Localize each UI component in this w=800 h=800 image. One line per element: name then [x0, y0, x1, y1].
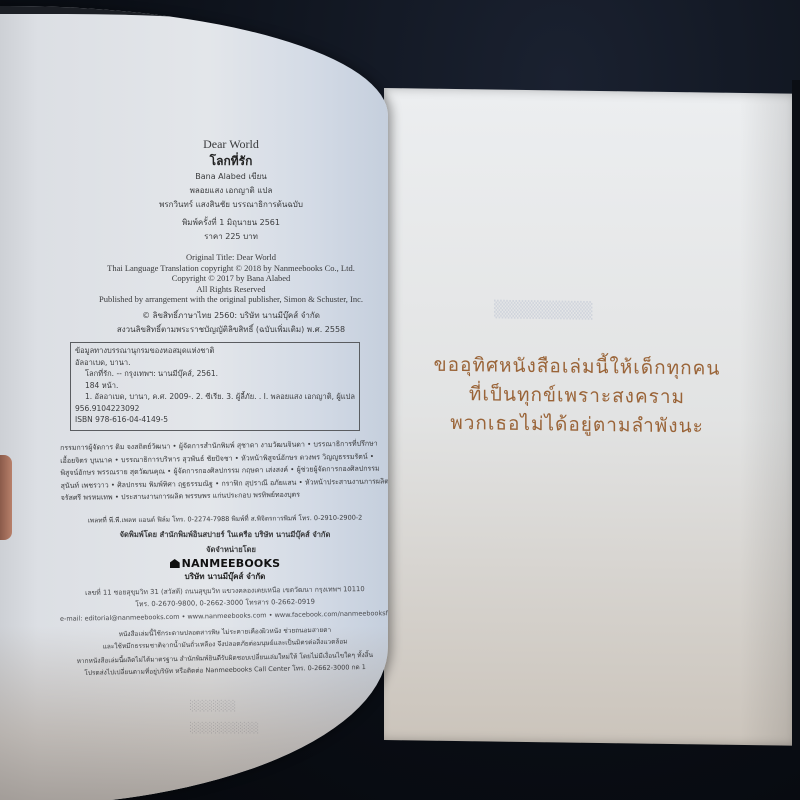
credit-author: Bana Alabed เขียน [66, 170, 388, 184]
arrangement-note: Published by arrangement with the origin… [66, 294, 388, 305]
thai-rights-act: สงวนลิขสิทธิ์ตามพระราชบัญญัติลิขสิทธิ์ (… [66, 323, 388, 337]
left-page-copyright: Dear World โลกที่รัก Bana Alabed เขียน พ… [0, 6, 388, 800]
credit-editor: พรกวินทร์ แสงสินชัย บรรณาธิการต้นฉบับ [66, 198, 388, 212]
right-page-dedication: ▒▒▒▒▒▒▒▒ ขออุทิศหนังสือเล่มนี้ให้เด็กทุก… [384, 88, 800, 746]
book-title-thai: โลกที่รัก [66, 152, 388, 171]
nanmeebooks-logo-icon [170, 559, 180, 568]
print-info: พิมพ์ครั้งที่ 1 มิถุนายน 2561 ราคา 225 บ… [66, 216, 388, 244]
edition: พิมพ์ครั้งที่ 1 มิถุนายน 2561 [66, 216, 388, 230]
show-through-text: ▒▒▒▒▒▒▒▒ [494, 300, 592, 320]
cip-heading: ข้อมูลทางบรรณานุกรมของหอสมุดแห่งชาติ [75, 345, 355, 357]
thai-copyright: © ลิขสิทธิ์ภาษาไทย 2560: บริษัท นานมีบุ๊… [66, 309, 388, 323]
cip-data-box: ข้อมูลทางบรรณานุกรมของหอสมุดแห่งชาติ อัล… [70, 342, 360, 431]
printed-by: จัดพิมพ์โดย สำนักพิมพ์อินสปายร์ ในเครือ … [60, 530, 388, 540]
company-address: เลขที่ 11 ซอยสุขุมวิท 31 (สวัสดี) ถนนสุข… [60, 583, 388, 612]
thai-rights: © ลิขสิทธิ์ภาษาไทย 2560: บริษัท นานมีบุ๊… [66, 309, 388, 337]
book-cover-edge [792, 80, 800, 750]
dedication-line-3: พวกเธอไม่ได้อยู่ตามลำพังนะ [384, 408, 770, 442]
all-rights-reserved: All Rights Reserved [66, 284, 388, 295]
dedication-line-1: ขออุทิศหนังสือเล่มนี้ให้เด็กทุกคน [384, 350, 770, 384]
copyright-block: Original Title: Dear World Thai Language… [66, 252, 388, 305]
page-top-edge [0, 6, 370, 54]
cip-title: โลกที่รัก. -- กรุงเทพฯ: นานมีบุ๊คส์, 256… [75, 368, 355, 380]
cip-pages: 184 หน้า. [75, 380, 355, 392]
staff-list: กรรมการผู้จัดการ ติม จงสถิตย์วัฒนา • ผู้… [60, 437, 388, 504]
dedication-text: ขออุทิศหนังสือเล่มนี้ให้เด็กทุกคน ที่เป็… [384, 350, 770, 442]
book-title-english: Dear World [66, 137, 388, 152]
price: ราคา 225 บาท [66, 230, 388, 244]
finger-holding-page [0, 455, 12, 540]
publisher-logo: NANMEEBOOKS [60, 557, 388, 570]
original-copyright: Copyright © 2017 by Bana Alabed [66, 273, 388, 284]
credit-translator: พลอยแสง เอกญาติ แปล [66, 184, 388, 198]
publisher-logo-text: NANMEEBOOKS [182, 557, 281, 570]
cip-subjects: 1. อัลอาเบด, บานา, ค.ศ. 2009-. 2. ซีเรีย… [75, 391, 355, 403]
original-title: Original Title: Dear World [66, 252, 388, 263]
credits: Bana Alabed เขียน พลอยแสง เอกญาติ แปล พร… [66, 170, 388, 212]
translation-copyright: Thai Language Translation copyright © 20… [66, 263, 388, 274]
company-name: บริษัท นานมีบุ๊คส์ จำกัด [60, 572, 388, 582]
cip-isbn: ISBN 978-616-04-4149-5 [75, 414, 355, 426]
cip-author: อัลอาเบด, บานา. [75, 357, 355, 369]
cip-classification: 956.9104223092 [75, 403, 355, 415]
plates-printer-info: เพลทที่ พี.พี.เพลท แอนด์ ฟิล์ม โทร. 0-22… [70, 512, 380, 525]
show-through-text: ░░░░░░░░░░░░░░░ [190, 696, 259, 740]
distributed-by: จัดจำหน่ายโดย [66, 545, 388, 555]
